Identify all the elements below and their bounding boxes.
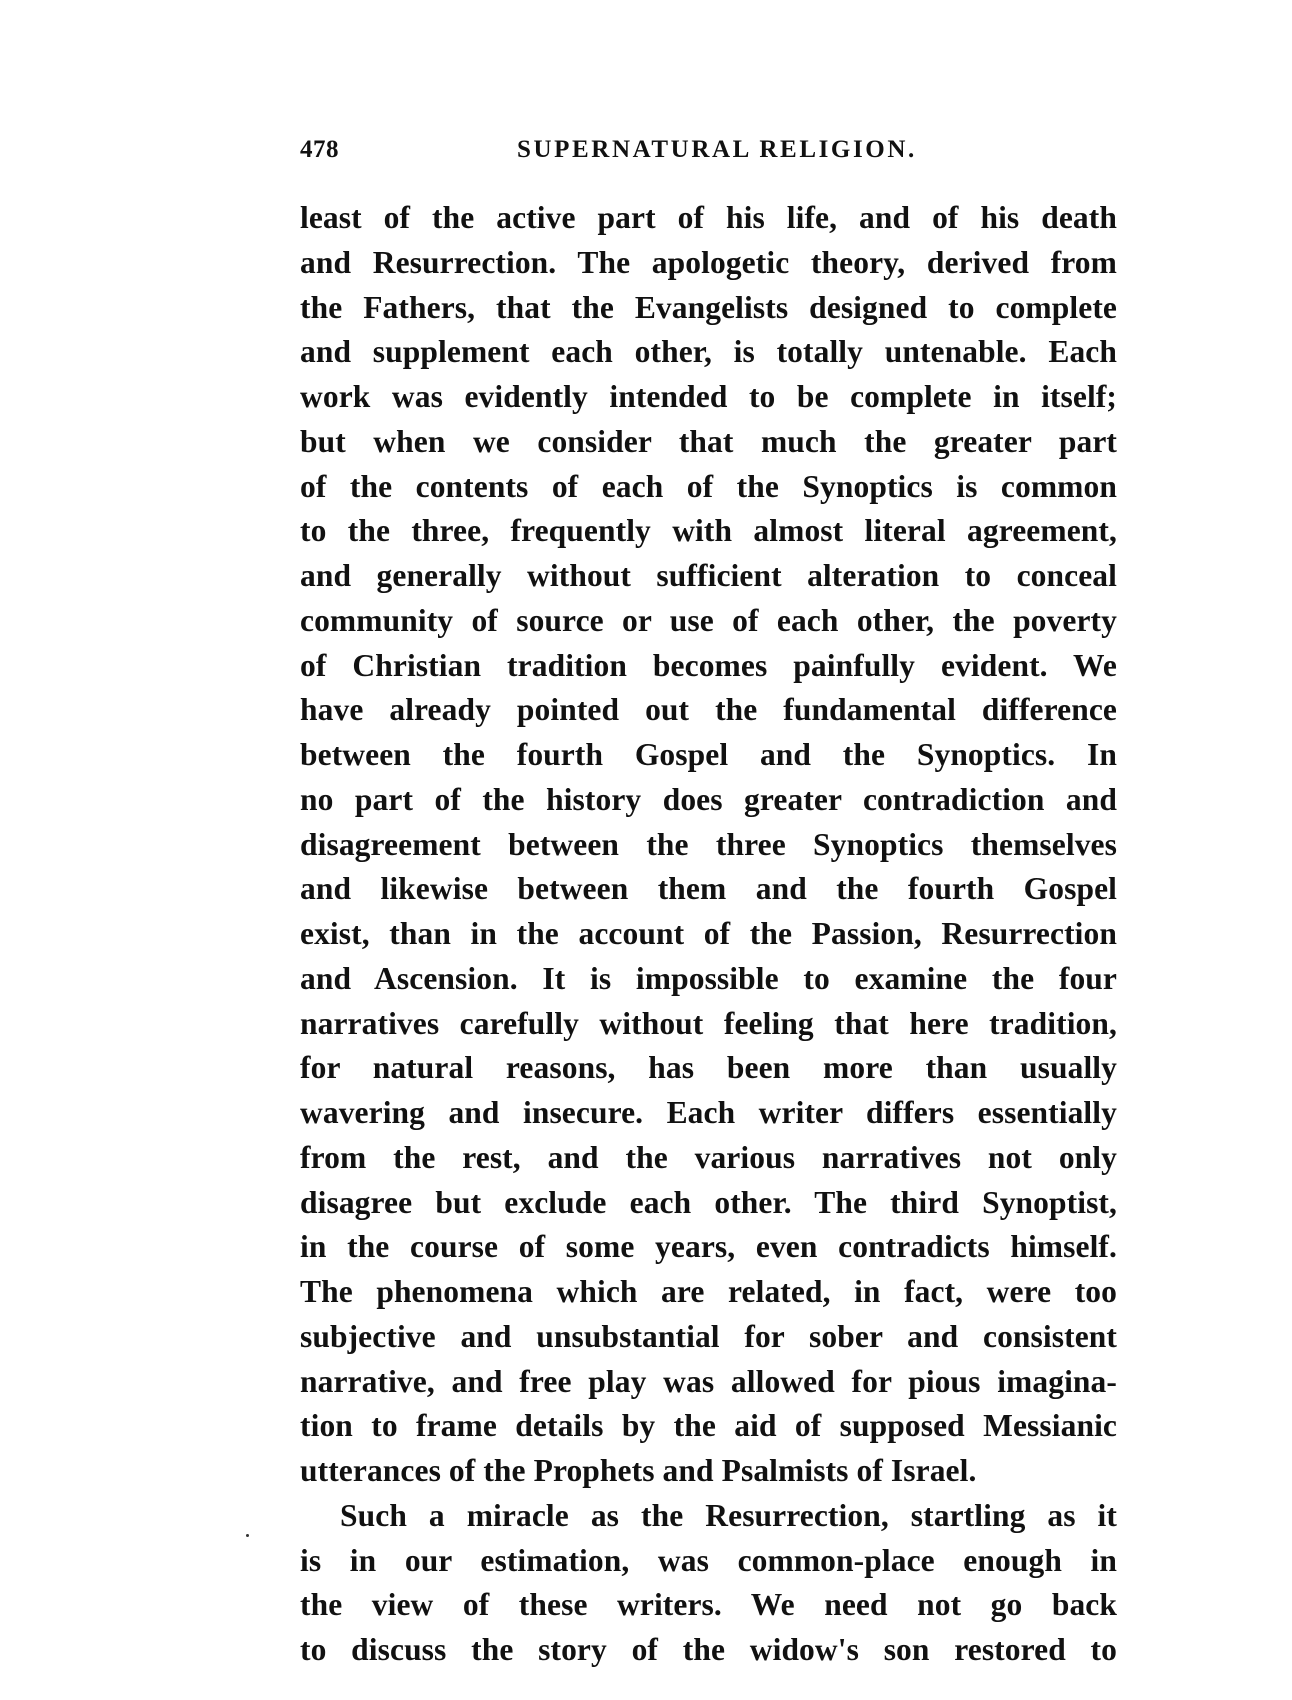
text-line: tion to frame details by the aid of supp… xyxy=(300,1404,1117,1449)
text-line: exist, than in the account of the Passio… xyxy=(300,912,1117,957)
text-line: narrative, and free play was allowed for… xyxy=(300,1360,1117,1405)
text-line: to the three, frequently with almost lit… xyxy=(300,509,1117,554)
text-line: disagreement between the three Synoptics… xyxy=(300,823,1117,868)
text-line: and likewise between them and the fourth… xyxy=(300,867,1117,912)
text-line: from the rest, and the various narrative… xyxy=(300,1136,1117,1181)
text-line: and Ascension. It is impossible to exami… xyxy=(300,957,1117,1002)
text-line: is in our estimation, was common-place e… xyxy=(300,1539,1117,1584)
text-line: wavering and insecure. Each writer diffe… xyxy=(300,1091,1117,1136)
text-line: in the course of some years, even contra… xyxy=(300,1225,1117,1270)
text-line: have already pointed out the fundamental… xyxy=(300,688,1117,733)
text-line: the Fathers, that the Evangelists design… xyxy=(300,286,1117,331)
text-line: narratives carefully without feeling tha… xyxy=(300,1002,1117,1047)
paragraph-start-line: Such a miracle as the Resurrection, star… xyxy=(300,1494,1117,1539)
text-line: and supplement each other, is totally un… xyxy=(300,330,1117,375)
text-line: community of source or use of each other… xyxy=(300,599,1117,644)
text-line: but when we consider that much the great… xyxy=(300,420,1117,465)
text-line: of Christian tradition becomes painfully… xyxy=(300,644,1117,689)
text-line: The phenomena which are related, in fact… xyxy=(300,1270,1117,1315)
text-line: no part of the history does greater cont… xyxy=(300,778,1117,823)
text-line: for natural reasons, has been more than … xyxy=(300,1046,1117,1091)
body-text: least of the active part of his life, an… xyxy=(300,196,1117,1673)
text-line: least of the active part of his life, an… xyxy=(300,196,1117,241)
text-line: subjective and unsubstantial for sober a… xyxy=(300,1315,1117,1360)
text-line: and generally without sufficient alterat… xyxy=(300,554,1117,599)
text-line: work was evidently intended to be comple… xyxy=(300,375,1117,420)
page-number: 478 xyxy=(300,136,339,164)
text-line: to discuss the story of the widow's son … xyxy=(300,1628,1117,1673)
text-line: the view of these writers. We need not g… xyxy=(300,1583,1117,1628)
text-line: between the fourth Gospel and the Synopt… xyxy=(300,733,1117,778)
margin-mark xyxy=(246,1534,249,1537)
paragraph-end-line: utterances of the Prophets and Psalmists… xyxy=(300,1449,1117,1494)
text-line: disagree but exclude each other. The thi… xyxy=(300,1181,1117,1226)
running-title: SUPERNATURAL RELIGION. xyxy=(517,136,917,164)
text-line: of the contents of each of the Synoptics… xyxy=(300,465,1117,510)
text-line: and Resurrection. The apologetic theory,… xyxy=(300,241,1117,286)
running-head: 478 SUPERNATURAL RELIGION. xyxy=(300,136,1117,172)
